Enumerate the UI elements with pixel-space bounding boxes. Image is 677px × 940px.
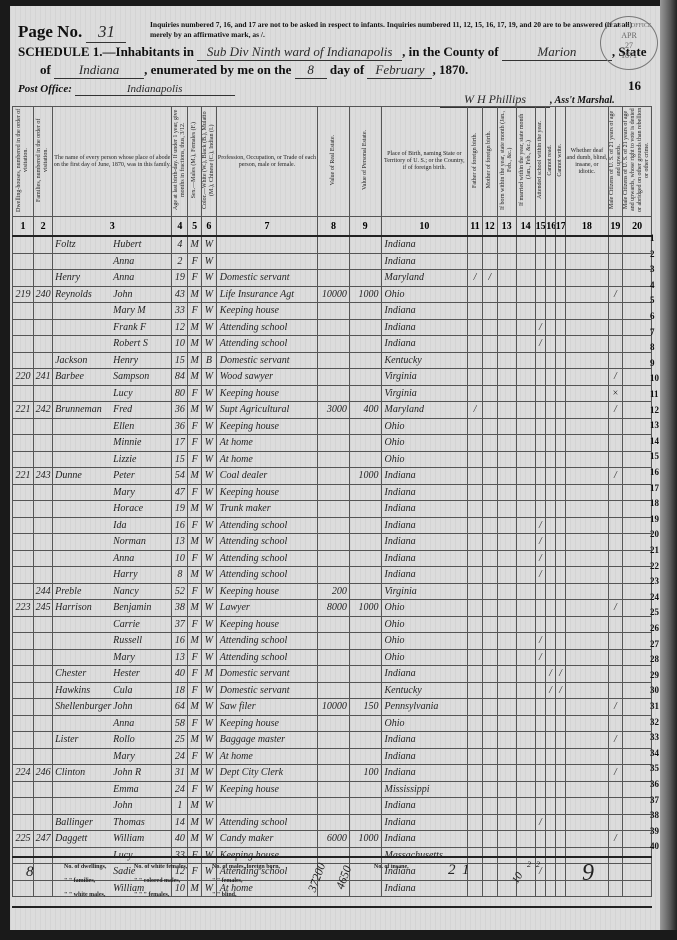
cell-c20 [623,682,652,699]
table-row: 225247DaggettWilliam40MWCandy maker60001… [13,831,652,848]
cell-c13 [497,253,516,270]
county-label: , in the County of [402,44,498,59]
page-number-line: Page No. 31 [18,22,126,43]
cell-c12 [482,550,497,567]
column-number: 8 [318,217,350,237]
cell-c16 [546,567,556,584]
cell-occupation [216,236,317,253]
cell-occupation: Attending school [216,633,317,650]
cell-c12 [482,732,497,749]
enumeration-line: of Indiana, enumerated by me on the 8 da… [40,62,468,79]
given-name: Anna [113,272,134,283]
person-name: Anna [53,715,172,732]
cell-c17 [555,831,566,848]
cell-c14 [516,633,535,650]
cell-occupation: Keeping house [216,715,317,732]
table-row: Horace19MWTrunk makerIndiana [13,501,652,518]
column-number: 20 [623,217,652,237]
of-label: of [40,62,51,77]
column-header-5: Sex.—Males (M.), Females (F.) [188,107,202,217]
cell-real [318,550,350,567]
cell-personal [349,798,381,815]
column-number: 10 [381,217,468,237]
person-name: ReynoldsJohn [53,286,172,303]
page-label: Page No. [18,22,82,41]
cell-c14 [516,567,535,584]
cell-c17 [555,814,566,831]
column-label: Male Citizens of U. S. of 21 years of ag… [609,107,623,213]
cell-occupation: Keeping house [216,385,317,402]
cell-dwelling [13,253,34,270]
cell-birthplace: Ohio [381,633,468,650]
cell-c16 [546,748,556,765]
column-number: 2 [34,217,53,237]
column-header-15: Attended school within the year. [535,107,546,217]
person-name: Robert S [53,336,172,353]
cell-c11 [468,666,483,683]
cell-c12 [482,633,497,650]
cell-c15 [535,666,546,683]
cell-c15 [535,798,546,815]
cell-personal [349,534,381,551]
cell-c14 [516,402,535,419]
real-estate-total: 37200 [305,861,329,894]
cell-c18 [566,385,608,402]
cell-color: W [202,236,217,253]
cell-birthplace: Indiana [381,550,468,567]
table-row: Minnie17FWAt homeOhio [13,435,652,452]
cell-personal: 1000 [349,468,381,485]
given-name: Mary [113,652,135,663]
cell-c11 [468,236,483,253]
cell-personal [349,649,381,666]
cell-c20 [623,567,652,584]
cell-birthplace: Ohio [381,286,468,303]
cell-c18 [566,732,608,749]
post-office-line: Post Office: Indianapolis [18,83,235,96]
cell-c17 [555,385,566,402]
cell-c13 [497,633,516,650]
cell-dwelling [13,303,34,320]
cell-c15: / [535,649,546,666]
table-row: Harry8MWAttending schoolIndiana/ [13,567,652,584]
cell-age: 15 [172,352,188,369]
cell-family [34,517,53,534]
cell-c12 [482,484,497,501]
cell-sex: M [188,831,202,848]
line-number: 8 [650,342,655,352]
enumeration-day: 8 [295,62,327,79]
cell-dwelling [13,319,34,336]
cell-real [318,468,350,485]
cell-c17 [555,369,566,386]
column-label: If born within the year, state month (Ja… [500,107,514,213]
stamp-year: 1871 [601,51,657,61]
cell-real [318,385,350,402]
cell-c18 [566,583,608,600]
cell-c17 [555,765,566,782]
cell-c19 [608,418,623,435]
table-row: Anna2FWIndiana [13,253,652,270]
stamp-day: 27 [601,41,657,51]
cell-c12 [482,253,497,270]
table-row: 223245HarrisonBenjamin38MWLawyer80001000… [13,600,652,617]
cell-age: 19 [172,501,188,518]
cell-c11 [468,765,483,782]
cell-color: W [202,583,217,600]
cell-birthplace: Indiana [381,534,468,551]
cell-dwelling [13,534,34,551]
surname: Foltz [53,237,113,252]
given-name: Ida [113,520,126,531]
cell-age: 2 [172,253,188,270]
cell-c15 [535,484,546,501]
cell-c14 [516,451,535,468]
census-office-stamp: CENSUS OFFICE APR 27 1871 [600,16,658,70]
cell-c17 [555,435,566,452]
line-number: 38 [650,810,659,820]
given-name: Horace [113,503,143,514]
column-number-row: 1234567891011121314151617181920 [13,217,652,237]
column-label: Place of Birth, naming State or Territor… [384,151,465,171]
person-name: Horace [53,501,172,518]
given-name: Carrie [113,619,140,630]
cell-c11: / [468,402,483,419]
cell-c17 [555,649,566,666]
line-number: 1 [650,233,655,243]
foreign-males-label: No. of males, foreign born, [212,864,280,870]
cell-c15 [535,715,546,732]
column-number: 14 [516,217,535,237]
cell-c11 [468,550,483,567]
cell-sex: M [188,352,202,369]
cell-dwelling [13,550,34,567]
cell-color: W [202,303,217,320]
cell-c18 [566,534,608,551]
given-name: Peter [113,470,135,481]
cell-c15 [535,501,546,518]
cell-c20 [623,600,652,617]
table-row: Emma24FWKeeping houseMississippi [13,781,652,798]
cell-c20 [623,303,652,320]
line-number: 36 [650,779,659,789]
column-header-8: Value of Real Estate. [318,107,350,217]
given-name: Russell [113,635,142,646]
cell-color: W [202,435,217,452]
cell-real [318,303,350,320]
mother-foreign-tally: 1 [462,862,470,879]
cell-c19 [608,798,623,815]
cell-c14 [516,484,535,501]
cell-birthplace: Ohio [381,435,468,452]
line-number: 24 [650,592,659,602]
cell-c18 [566,831,608,848]
table-row: ChesterHester40FMDomestic servantIndiana… [13,666,652,683]
cell-c11: / [468,270,483,287]
cell-family [34,682,53,699]
cell-c16 [546,451,556,468]
cell-family [34,699,53,716]
cell-c15: / [535,336,546,353]
cell-personal: 150 [349,699,381,716]
cell-c11 [468,303,483,320]
cell-real [318,336,350,353]
cell-c16 [546,369,556,386]
cell-birthplace: Indiana [381,798,468,815]
line-number: 9 [650,358,655,368]
cell-occupation: At home [216,451,317,468]
cell-sex: F [188,649,202,666]
cell-dwelling [13,451,34,468]
cell-dwelling [13,484,34,501]
cell-occupation: Attending school [216,649,317,666]
cell-age: 24 [172,748,188,765]
cell-c12 [482,319,497,336]
cell-personal [349,732,381,749]
given-name: Anna [113,718,134,729]
cell-c17 [555,451,566,468]
cell-c19: / [608,765,623,782]
column-header-4: Age at last birth-day. If under 1 year, … [172,107,188,217]
table-row: FoltzHubert4MWIndiana [13,236,652,253]
insane-label: No. of insane, [374,864,409,870]
cell-c12 [482,517,497,534]
cell-c18 [566,682,608,699]
person-name: ChesterHester [53,666,172,683]
table-row: Mary24FWAt homeIndiana [13,748,652,765]
cell-c14 [516,385,535,402]
cell-birthplace: Indiana [381,319,468,336]
cell-c15 [535,369,546,386]
cell-birthplace: Kentucky [381,352,468,369]
cell-c12 [482,352,497,369]
given-name: John [113,701,132,712]
cell-c18 [566,336,608,353]
line-number: 21 [650,545,659,555]
cell-c11 [468,682,483,699]
cell-c18 [566,616,608,633]
school-tally: 10 [510,870,526,886]
cell-personal [349,352,381,369]
cell-sex: M [188,699,202,716]
column-header-row: Dwelling-houses, numbered in the order o… [13,107,652,217]
cell-occupation: Attending school [216,567,317,584]
cell-dwelling [13,666,34,683]
county: Marion [502,44,612,61]
given-name: Frank F [113,322,146,333]
cell-family: 247 [34,831,53,848]
cell-age: 38 [172,600,188,617]
cell-sex: F [188,715,202,732]
cell-c17 [555,236,566,253]
cell-c12 [482,583,497,600]
line-number: 19 [650,514,659,524]
cell-c18 [566,633,608,650]
cell-c14 [516,600,535,617]
cell-birthplace: Ohio [381,600,468,617]
person-name: Anna [53,253,172,270]
cell-family [34,270,53,287]
cell-c20 [623,831,652,848]
cell-c18 [566,715,608,732]
cell-birthplace: Mississippi [381,781,468,798]
cell-c12 [482,402,497,419]
line-number: 29 [650,670,659,680]
cell-c14 [516,831,535,848]
cell-c13 [497,418,516,435]
cell-c11 [468,336,483,353]
cell-dwelling: 221 [13,402,34,419]
cell-personal [349,303,381,320]
cell-c20 [623,715,652,732]
line-number: 22 [650,561,659,571]
line-number: 7 [650,327,655,337]
cell-c19 [608,451,623,468]
cell-dwelling [13,699,34,716]
cell-sex: F [188,451,202,468]
person-name: Russell [53,633,172,650]
table-row: Mary47FWKeeping houseIndiana [13,484,652,501]
surname: Preble [53,584,113,599]
cell-family [34,352,53,369]
cell-c12 [482,798,497,815]
line-number: 11 [650,389,659,399]
cell-c11 [468,831,483,848]
given-name: Harry [113,569,137,580]
cell-family: 243 [34,468,53,485]
cell-c11 [468,385,483,402]
cell-c18 [566,765,608,782]
person-name: John [53,798,172,815]
cell-occupation: Attending school [216,319,317,336]
cell-age: 15 [172,451,188,468]
cell-c16 [546,352,556,369]
cell-c15 [535,682,546,699]
cell-c17 [555,798,566,815]
cell-personal [349,748,381,765]
cell-c17 [555,583,566,600]
line-number: 31 [650,701,659,711]
cell-c13 [497,666,516,683]
cell-birthplace: Pennsylvania [381,699,468,716]
cell-personal: 100 [349,765,381,782]
column-header-14: If married within the year, state month … [516,107,535,217]
cell-c15 [535,303,546,320]
cell-color: W [202,831,217,848]
cell-dwelling [13,270,34,287]
cell-dwelling [13,814,34,831]
cell-c20 [623,501,652,518]
dwellings-tally: 8 [26,864,34,881]
person-name: Lucy [53,385,172,402]
cell-sex: M [188,286,202,303]
cell-age: 36 [172,418,188,435]
cell-birthplace: Maryland [381,402,468,419]
given-name: Minnie [113,437,141,448]
cell-c20 [623,418,652,435]
given-name: John [113,289,132,300]
column-number: 19 [608,217,623,237]
line-number: 34 [650,748,659,758]
cell-c18 [566,253,608,270]
cell-c19 [608,682,623,699]
cell-c16 [546,319,556,336]
cell-dwelling [13,616,34,633]
cell-age: 58 [172,715,188,732]
person-name: Mary M [53,303,172,320]
cell-real [318,270,350,287]
cell-c14 [516,583,535,600]
cell-c11 [468,286,483,303]
line-number: 12 [650,405,659,415]
cell-family [34,484,53,501]
given-name: Emma [113,784,139,795]
father-foreign-tally: 2 [448,862,456,879]
column-label: Cannot write. [557,144,564,177]
line-number: 15 [650,451,659,461]
line-number: 27 [650,639,659,649]
cell-dwelling [13,336,34,353]
cell-personal [349,781,381,798]
line-number: 25 [650,607,659,617]
cell-sex: F [188,616,202,633]
cell-c16 [546,435,556,452]
cell-age: 40 [172,831,188,848]
marshal-label: , Ass't Marshal. [550,95,615,106]
cell-c11 [468,517,483,534]
cell-c20 [623,583,652,600]
line-number: 35 [650,763,659,773]
cell-c20 [623,484,652,501]
cell-c19 [608,748,623,765]
cell-c15 [535,286,546,303]
cell-real: 200 [318,583,350,600]
table-row: 219240ReynoldsJohn43MWLife Insurance Agt… [13,286,652,303]
cell-c15 [535,385,546,402]
cell-c15: / [535,814,546,831]
person-name: Emma [53,781,172,798]
cell-occupation: Wood sawyer [216,369,317,386]
cell-age: 17 [172,435,188,452]
cell-c13 [497,699,516,716]
cell-personal [349,418,381,435]
cell-real [318,484,350,501]
cell-family [34,303,53,320]
cell-c12 [482,468,497,485]
cell-c12 [482,418,497,435]
cell-dwelling: 220 [13,369,34,386]
cell-family [34,748,53,765]
surname: Barbee [53,369,113,384]
cell-c15 [535,748,546,765]
cell-personal [349,814,381,831]
cell-occupation: Supt Agricultural [216,402,317,419]
cell-c12 [482,715,497,732]
cell-c19 [608,567,623,584]
surname: Daggett [53,831,113,846]
column-header-3: The name of every person whose place of … [53,107,172,217]
cell-c13 [497,270,516,287]
cell-c13 [497,451,516,468]
cell-c13 [497,468,516,485]
cell-c17 [555,699,566,716]
cell-c17: / [555,666,566,683]
table-row: 224246ClintonJohn R31MWDept City Clerk10… [13,765,652,782]
cell-c18 [566,550,608,567]
cell-c20 [623,781,652,798]
cell-c13 [497,534,516,551]
cell-birthplace: Ohio [381,418,468,435]
